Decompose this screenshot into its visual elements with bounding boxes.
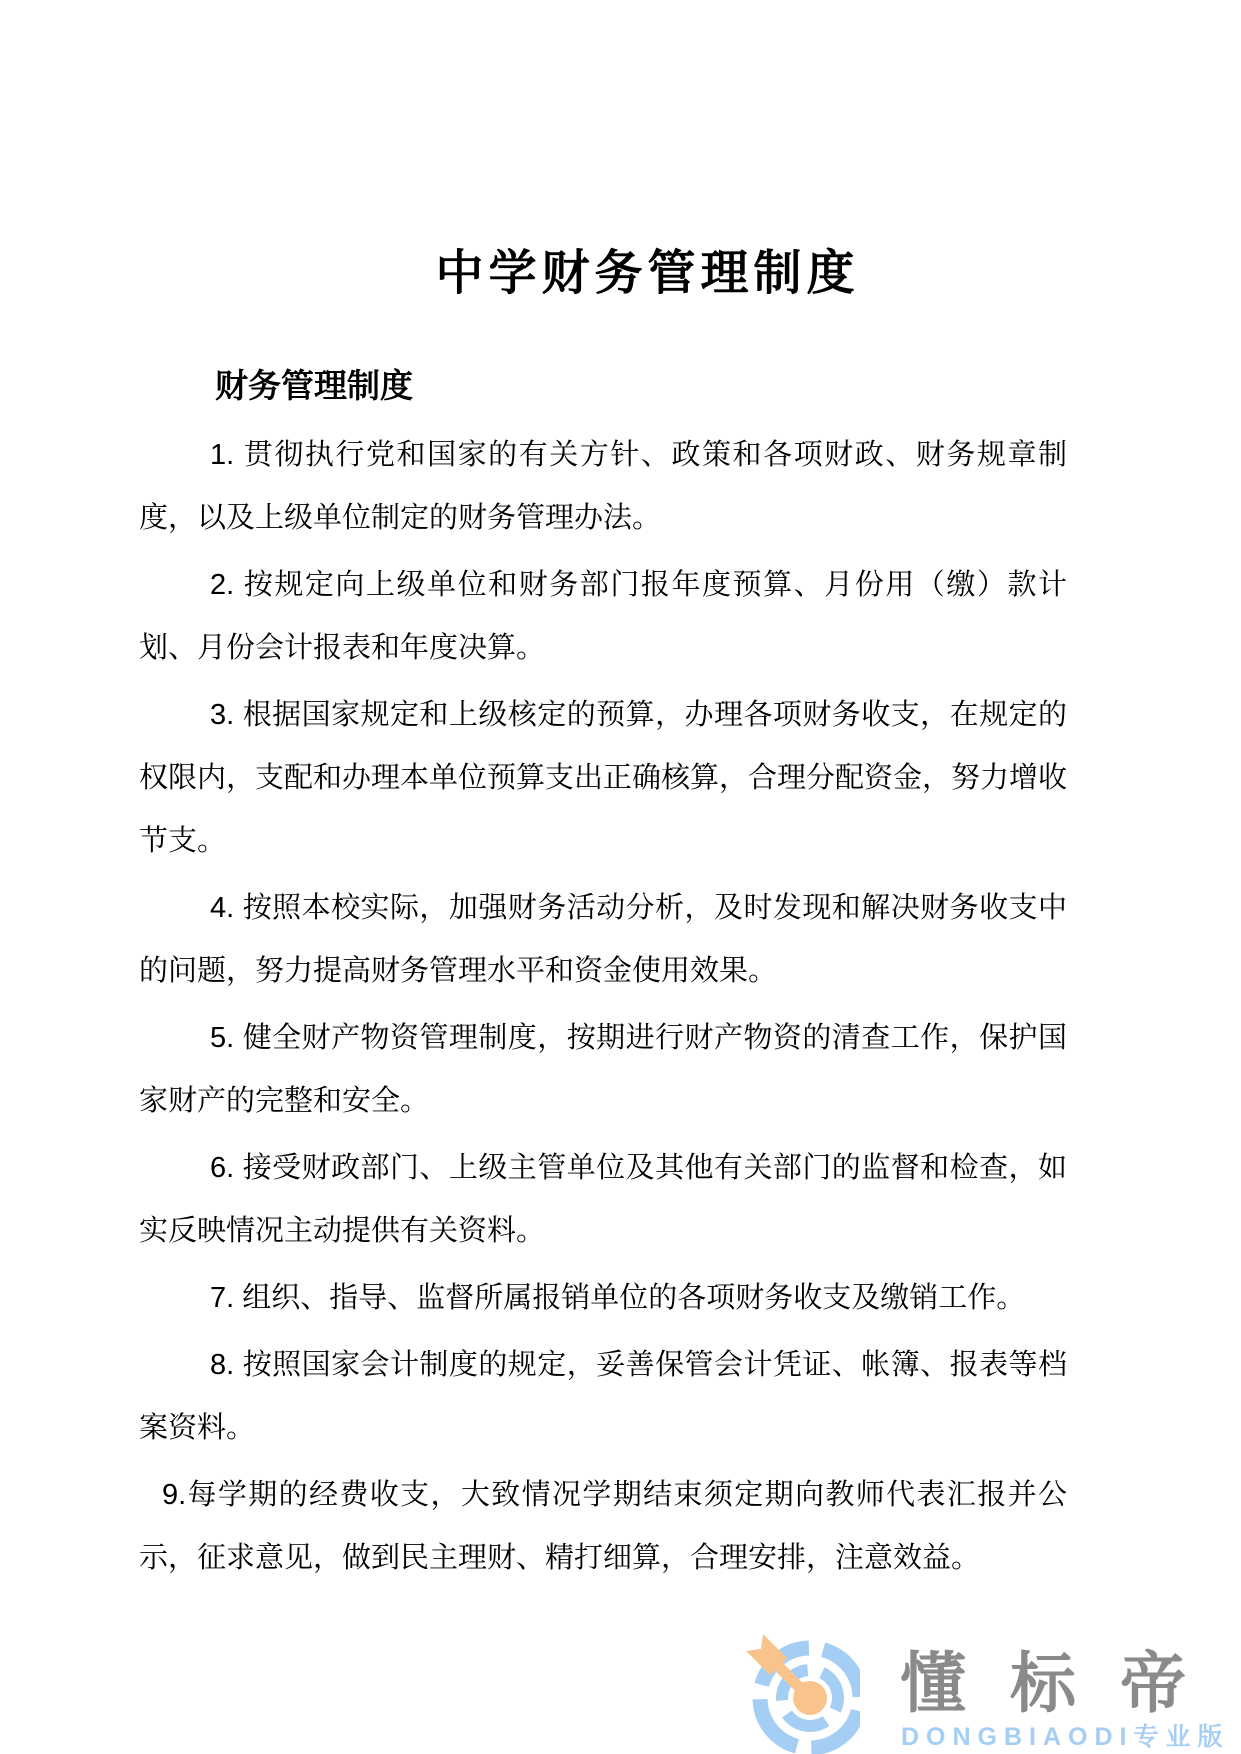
section-heading: 财务管理制度 xyxy=(215,366,413,406)
paragraph-6: 6. 接受财政部门、上级主管单位及其他有关部门的监督和检查，如实反映情况主动提供… xyxy=(139,1137,1067,1263)
paragraph-7: 7. 组织、指导、监督所属报销单位的各项财务收支及缴销工作。 xyxy=(139,1267,1067,1330)
document-page: 中学财务管理制度 财务管理制度 1. 贯彻执行党和国家的有关方针、政策和各项财政… xyxy=(0,0,1241,1754)
brand-target-icon xyxy=(728,1622,860,1754)
document-body: 1. 贯彻执行党和国家的有关方针、政策和各项财政、财务规章制度，以及上级单位制定… xyxy=(139,424,1067,1594)
paragraph-1: 1. 贯彻执行党和国家的有关方针、政策和各项财政、财务规章制度，以及上级单位制定… xyxy=(139,424,1067,550)
paragraph-3: 3. 根据国家规定和上级核定的预算，办理各项财务收支，在规定的权限内，支配和办理… xyxy=(139,684,1067,873)
paragraph-2: 2. 按规定向上级单位和财务部门报年度预算、月份用（缴）款计划、月份会计报表和年… xyxy=(139,554,1067,680)
paragraph-8: 8. 按照国家会计制度的规定，妥善保管会计凭证、帐簿、报表等档案资料。 xyxy=(139,1334,1067,1460)
paragraph-9: 9.每学期的经费收支，大致情况学期结束须定期向教师代表汇报并公示，征求意见，做到… xyxy=(139,1464,1067,1590)
brand-name-cjk: 懂标帝 xyxy=(900,1650,1230,1716)
brand-name-latin-edition: DONGBIAODI专业版 xyxy=(901,1725,1230,1750)
document-title: 中学财务管理制度 xyxy=(0,248,1241,301)
paragraph-5: 5. 健全财产物资管理制度，按期进行财产物资的清查工作，保护国家财产的完整和安全… xyxy=(139,1007,1067,1133)
paragraph-4: 4. 按照本校实际，加强财务活动分析，及时发现和解决财务收支中的问题，努力提高财… xyxy=(139,877,1067,1003)
